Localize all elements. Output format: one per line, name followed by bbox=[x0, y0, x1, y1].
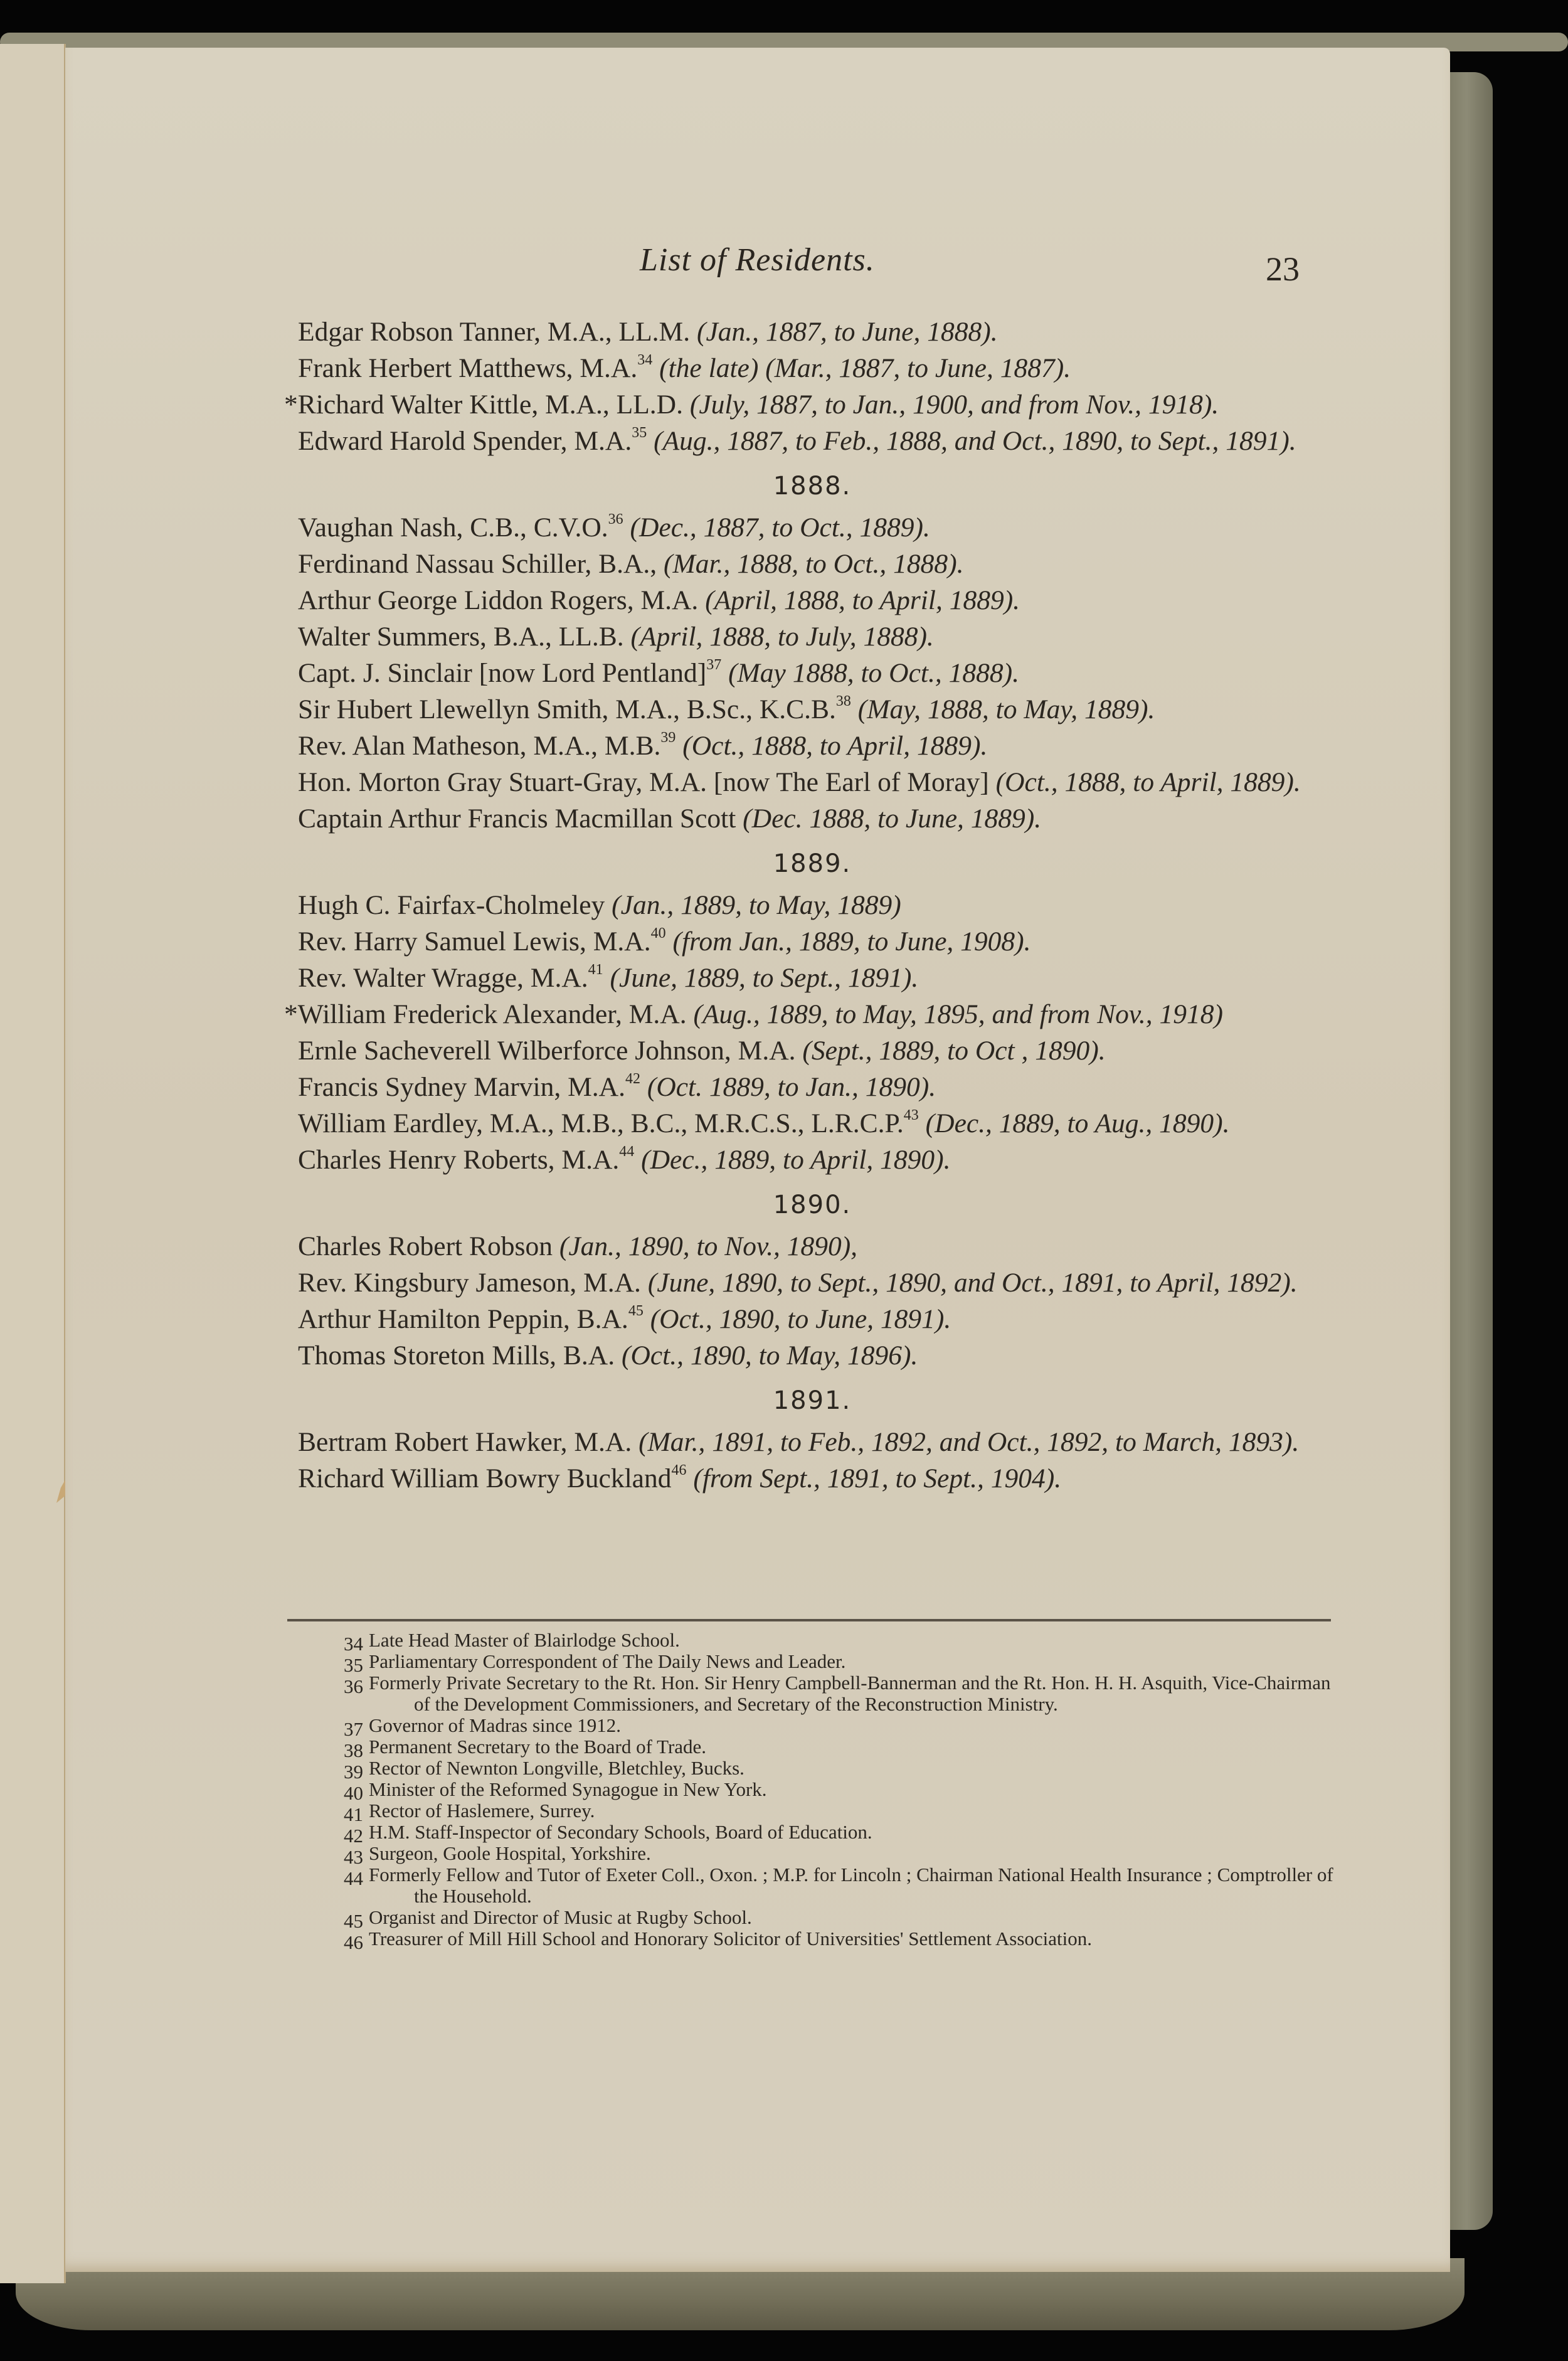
resident-name: Walter Summers, B.A., LL.B. bbox=[298, 622, 631, 652]
footnote-ref: 39 bbox=[660, 730, 675, 746]
resident-name: Ernle Sacheverell Wilberforce Johnson, M… bbox=[298, 1036, 802, 1066]
resident-entry: Vaughan Nash, C.B., C.V.O.36 (Dec., 1887… bbox=[298, 509, 1327, 546]
resident-name: Thomas Storeton Mills, B.A. bbox=[298, 1340, 622, 1371]
footnote-number: 37 bbox=[344, 1719, 369, 1740]
resident-entry: Hon. Morton Gray Stuart-Gray, M.A. [now … bbox=[298, 764, 1327, 800]
residence-dates: (Jan., 1890, to Nov., 1890), bbox=[559, 1231, 857, 1261]
resident-name: Arthur Hamilton Peppin, B.A. bbox=[298, 1304, 628, 1334]
residence-dates: (Oct. 1889, to Jan., 1890). bbox=[640, 1072, 936, 1102]
resident-entry: Arthur George Liddon Rogers, M.A. (April… bbox=[298, 582, 1327, 618]
residence-dates: (the late) (Mar., 1887, to June, 1887). bbox=[652, 353, 1071, 383]
asterisk-marker: * bbox=[284, 999, 298, 1029]
residence-dates: (Dec., 1887, to Oct., 1889). bbox=[623, 512, 930, 543]
resident-entry: Richard William Bowry Buckland46 (from S… bbox=[298, 1460, 1327, 1497]
resident-name: Edgar Robson Tanner, M.A., LL.M. bbox=[298, 317, 697, 347]
footnote-ref: 40 bbox=[651, 925, 666, 942]
footnote-text: Parliamentary Correspondent of The Daily… bbox=[369, 1651, 1335, 1672]
resident-entry: Edgar Robson Tanner, M.A., LL.M. (Jan., … bbox=[298, 314, 1327, 350]
footnotes: 34Late Head Master of Blairlodge School.… bbox=[344, 1630, 1335, 1950]
residence-dates: (Dec., 1889, to Aug., 1890). bbox=[919, 1108, 1230, 1138]
year-heading: 1891. bbox=[298, 1382, 1327, 1419]
running-head: List of Residents. bbox=[640, 241, 1016, 279]
resident-name: Richard Walter Kittle, M.A., LL.D. bbox=[298, 390, 690, 420]
resident-entry: Frank Herbert Matthews, M.A.34 (the late… bbox=[298, 350, 1327, 386]
footnote: 37Governor of Madras since 1912. bbox=[344, 1715, 1335, 1736]
resident-name: Capt. J. Sinclair [now Lord Pentland] bbox=[298, 658, 706, 688]
resident-entry: *William Frederick Alexander, M.A. (Aug.… bbox=[284, 996, 1327, 1032]
footnote: 46Treasurer of Mill Hill School and Hono… bbox=[344, 1928, 1335, 1950]
resident-entry: William Eardley, M.A., M.B., B.C., M.R.C… bbox=[298, 1105, 1327, 1142]
footnote-ref: 45 bbox=[628, 1303, 644, 1319]
residence-dates: (Aug., 1887, to Feb., 1888, and Oct., 18… bbox=[647, 426, 1296, 456]
footnote-ref: 37 bbox=[706, 657, 721, 673]
year-section-1888: 1888. Vaughan Nash, C.B., C.V.O.36 (Dec.… bbox=[298, 468, 1327, 837]
residence-dates: (Dec. 1888, to June, 1889). bbox=[743, 804, 1041, 834]
page-number: 23 bbox=[1266, 250, 1300, 289]
residence-dates: (Oct., 1888, to April, 1889). bbox=[996, 767, 1301, 797]
resident-entry: Capt. J. Sinclair [now Lord Pentland]37 … bbox=[298, 655, 1327, 691]
residence-dates: (Dec., 1889, to April, 1890). bbox=[634, 1145, 950, 1175]
year-heading: 1890. bbox=[298, 1187, 1327, 1223]
footnote: 44Formerly Fellow and Tutor of Exeter Co… bbox=[344, 1864, 1335, 1907]
year-heading: 1889. bbox=[298, 846, 1327, 882]
resident-name: Rev. Alan Matheson, M.A., M.B. bbox=[298, 731, 660, 761]
resident-entry: Walter Summers, B.A., LL.B. (April, 1888… bbox=[298, 618, 1327, 655]
resident-name: Rev. Walter Wragge, M.A. bbox=[298, 963, 588, 993]
resident-entry: Hugh C. Fairfax-Cholmeley (Jan., 1889, t… bbox=[298, 887, 1327, 923]
resident-entry: Bertram Robert Hawker, M.A. (Mar., 1891,… bbox=[298, 1424, 1327, 1460]
footnote: 40Minister of the Reformed Synagogue in … bbox=[344, 1779, 1335, 1800]
resident-name: Charles Henry Roberts, M.A. bbox=[298, 1145, 619, 1175]
residence-dates: (May, 1888, to May, 1889). bbox=[851, 694, 1155, 724]
resident-name: Rev. Harry Samuel Lewis, M.A. bbox=[298, 926, 651, 957]
residence-dates: (Sept., 1889, to Oct , 1890). bbox=[802, 1036, 1105, 1066]
footnote-number: 43 bbox=[344, 1847, 369, 1868]
entries-continued: Edgar Robson Tanner, M.A., LL.M. (Jan., … bbox=[298, 314, 1327, 459]
residence-dates: (Oct., 1890, to June, 1891). bbox=[644, 1304, 951, 1334]
resident-entry: Ferdinand Nassau Schiller, B.A., (Mar., … bbox=[298, 546, 1327, 582]
resident-name: Hon. Morton Gray Stuart-Gray, M.A. [now … bbox=[298, 767, 996, 797]
footnote-number: 45 bbox=[344, 1911, 369, 1932]
footnote: 43Surgeon, Goole Hospital, Yorkshire. bbox=[344, 1843, 1335, 1864]
footnote-number: 44 bbox=[344, 1868, 369, 1911]
footnote-ref: 38 bbox=[836, 693, 851, 709]
footnote: 39Rector of Newnton Longville, Bletchley… bbox=[344, 1758, 1335, 1779]
footnote: 36Formerly Private Secretary to the Rt. … bbox=[344, 1672, 1335, 1715]
footnote-text: Rector of Newnton Longville, Bletchley, … bbox=[369, 1758, 1335, 1779]
resident-name: Edward Harold Spender, M.A. bbox=[298, 426, 632, 456]
year-section-1890: 1890. Charles Robert Robson (Jan., 1890,… bbox=[298, 1187, 1327, 1374]
resident-entry: Charles Henry Roberts, M.A.44 (Dec., 188… bbox=[298, 1142, 1327, 1178]
residence-dates: (April, 1888, to July, 1888). bbox=[631, 622, 934, 652]
year-section-1889: 1889. Hugh C. Fairfax-Cholmeley (Jan., 1… bbox=[298, 846, 1327, 1178]
resident-name: Vaughan Nash, C.B., C.V.O. bbox=[298, 512, 608, 543]
footnote-text: Formerly Fellow and Tutor of Exeter Coll… bbox=[369, 1864, 1335, 1907]
resident-entry: Arthur Hamilton Peppin, B.A.45 (Oct., 18… bbox=[298, 1301, 1327, 1337]
resident-entry: Edward Harold Spender, M.A.35 (Aug., 188… bbox=[298, 423, 1327, 459]
footnote-number: 40 bbox=[344, 1783, 369, 1804]
resident-name: William Frederick Alexander, M.A. bbox=[298, 999, 694, 1029]
resident-name: Hugh C. Fairfax-Cholmeley bbox=[298, 890, 612, 920]
footnote-text: H.M. Staff-Inspector of Secondary School… bbox=[369, 1822, 1335, 1843]
footnote-ref: 34 bbox=[637, 352, 652, 368]
residence-dates: (June, 1890, to Sept., 1890, and Oct., 1… bbox=[648, 1268, 1298, 1298]
footnote-ref: 44 bbox=[619, 1143, 634, 1160]
residence-dates: (Mar., 1888, to Oct., 1888). bbox=[664, 549, 963, 579]
residence-dates: (from Jan., 1889, to June, 1908). bbox=[666, 926, 1031, 957]
resident-entry: Rev. Alan Matheson, M.A., M.B.39 (Oct., … bbox=[298, 728, 1327, 764]
residence-dates: (April, 1888, to April, 1889). bbox=[705, 585, 1020, 615]
footnote-number: 38 bbox=[344, 1740, 369, 1761]
residence-dates: (Oct., 1890, to May, 1896). bbox=[622, 1340, 918, 1371]
residence-dates: (May 1888, to Oct., 1888). bbox=[721, 658, 1019, 688]
resident-name: Bertram Robert Hawker, M.A. bbox=[298, 1427, 638, 1457]
footnote: 41Rector of Haslemere, Surrey. bbox=[344, 1800, 1335, 1822]
residents-list: Edgar Robson Tanner, M.A., LL.M. (Jan., … bbox=[298, 314, 1327, 1497]
year-section-1891: 1891. Bertram Robert Hawker, M.A. (Mar.,… bbox=[298, 1382, 1327, 1497]
footnote-number: 36 bbox=[344, 1676, 369, 1719]
resident-entry: Ernle Sacheverell Wilberforce Johnson, M… bbox=[298, 1032, 1327, 1069]
residence-dates: (Jan., 1887, to June, 1888). bbox=[697, 317, 998, 347]
footnote-number: 46 bbox=[344, 1932, 369, 1953]
resident-name: Rev. Kingsbury Jameson, M.A. bbox=[298, 1268, 648, 1298]
resident-name: Richard William Bowry Buckland bbox=[298, 1463, 671, 1494]
footnote: 34Late Head Master of Blairlodge School. bbox=[344, 1630, 1335, 1651]
resident-entry: Sir Hubert Llewellyn Smith, M.A., B.Sc.,… bbox=[298, 691, 1327, 728]
footnote-number: 34 bbox=[344, 1633, 369, 1655]
footnote-number: 42 bbox=[344, 1825, 369, 1847]
residence-dates: (June, 1889, to Sept., 1891). bbox=[603, 963, 919, 993]
footnote-text: Permanent Secretary to the Board of Trad… bbox=[369, 1736, 1335, 1758]
resident-entry: Captain Arthur Francis Macmillan Scott (… bbox=[298, 800, 1327, 837]
residence-dates: (Jan., 1889, to May, 1889) bbox=[612, 890, 901, 920]
resident-name: Arthur George Liddon Rogers, M.A. bbox=[298, 585, 705, 615]
resident-entry: Charles Robert Robson (Jan., 1890, to No… bbox=[298, 1228, 1327, 1265]
resident-entry: *Richard Walter Kittle, M.A., LL.D. (Jul… bbox=[284, 386, 1327, 423]
resident-entry: Rev. Harry Samuel Lewis, M.A.40 (from Ja… bbox=[298, 923, 1327, 960]
footnote-text: Surgeon, Goole Hospital, Yorkshire. bbox=[369, 1843, 1335, 1864]
residence-dates: (July, 1887, to Jan., 1900, and from Nov… bbox=[690, 390, 1219, 420]
footnote: 45Organist and Director of Music at Rugb… bbox=[344, 1907, 1335, 1928]
footnote: 42H.M. Staff-Inspector of Secondary Scho… bbox=[344, 1822, 1335, 1843]
resident-entry: Rev. Walter Wragge, M.A.41 (June, 1889, … bbox=[298, 960, 1327, 996]
residence-dates: (Oct., 1888, to April, 1889). bbox=[675, 731, 987, 761]
resident-entry: Francis Sydney Marvin, M.A.42 (Oct. 1889… bbox=[298, 1069, 1327, 1105]
facing-page-edge bbox=[0, 44, 66, 2283]
book-cover-right-edge bbox=[1449, 72, 1493, 2230]
footnote-text: Minister of the Reformed Synagogue in Ne… bbox=[369, 1779, 1335, 1800]
footnote-number: 35 bbox=[344, 1655, 369, 1676]
footnote-divider bbox=[287, 1619, 1331, 1621]
resident-name: Captain Arthur Francis Macmillan Scott bbox=[298, 804, 743, 834]
resident-entry: Thomas Storeton Mills, B.A. (Oct., 1890,… bbox=[298, 1337, 1327, 1374]
resident-name: Sir Hubert Llewellyn Smith, M.A., B.Sc.,… bbox=[298, 694, 836, 724]
footnote-ref: 42 bbox=[625, 1071, 640, 1087]
asterisk-marker: * bbox=[284, 390, 298, 420]
footnote: 38Permanent Secretary to the Board of Tr… bbox=[344, 1736, 1335, 1758]
footnote-ref: 43 bbox=[904, 1107, 919, 1123]
residence-dates: (from Sept., 1891, to Sept., 1904). bbox=[686, 1463, 1061, 1494]
footnote-text: Organist and Director of Music at Rugby … bbox=[369, 1907, 1335, 1928]
footnote-text: Late Head Master of Blairlodge School. bbox=[369, 1630, 1335, 1651]
year-heading: 1888. bbox=[298, 468, 1327, 504]
footnote-ref: 35 bbox=[632, 425, 647, 441]
resident-name: William Eardley, M.A., M.B., B.C., M.R.C… bbox=[298, 1108, 904, 1138]
resident-name: Frank Herbert Matthews, M.A. bbox=[298, 353, 637, 383]
footnote-number: 39 bbox=[344, 1761, 369, 1783]
residence-dates: (Mar., 1891, to Feb., 1892, and Oct., 18… bbox=[638, 1427, 1299, 1457]
footnote-ref: 41 bbox=[588, 962, 603, 978]
footnote-ref: 36 bbox=[608, 511, 623, 528]
footnote-text: Formerly Private Secretary to the Rt. Ho… bbox=[369, 1672, 1335, 1715]
resident-name: Ferdinand Nassau Schiller, B.A., bbox=[298, 549, 664, 579]
footnote-text: Rector of Haslemere, Surrey. bbox=[369, 1800, 1335, 1822]
footnote-text: Governor of Madras since 1912. bbox=[369, 1715, 1335, 1736]
resident-entry: Rev. Kingsbury Jameson, M.A. (June, 1890… bbox=[298, 1265, 1327, 1301]
footnote: 35Parliamentary Correspondent of The Dai… bbox=[344, 1651, 1335, 1672]
resident-name: Charles Robert Robson bbox=[298, 1231, 559, 1261]
footnote-number: 41 bbox=[344, 1804, 369, 1825]
footnote-ref: 46 bbox=[671, 1462, 686, 1478]
residence-dates: (Aug., 1889, to May, 1895, and from Nov.… bbox=[693, 999, 1223, 1029]
resident-name: Francis Sydney Marvin, M.A. bbox=[298, 1072, 625, 1102]
footnote-text: Treasurer of Mill Hill School and Honora… bbox=[369, 1928, 1335, 1950]
